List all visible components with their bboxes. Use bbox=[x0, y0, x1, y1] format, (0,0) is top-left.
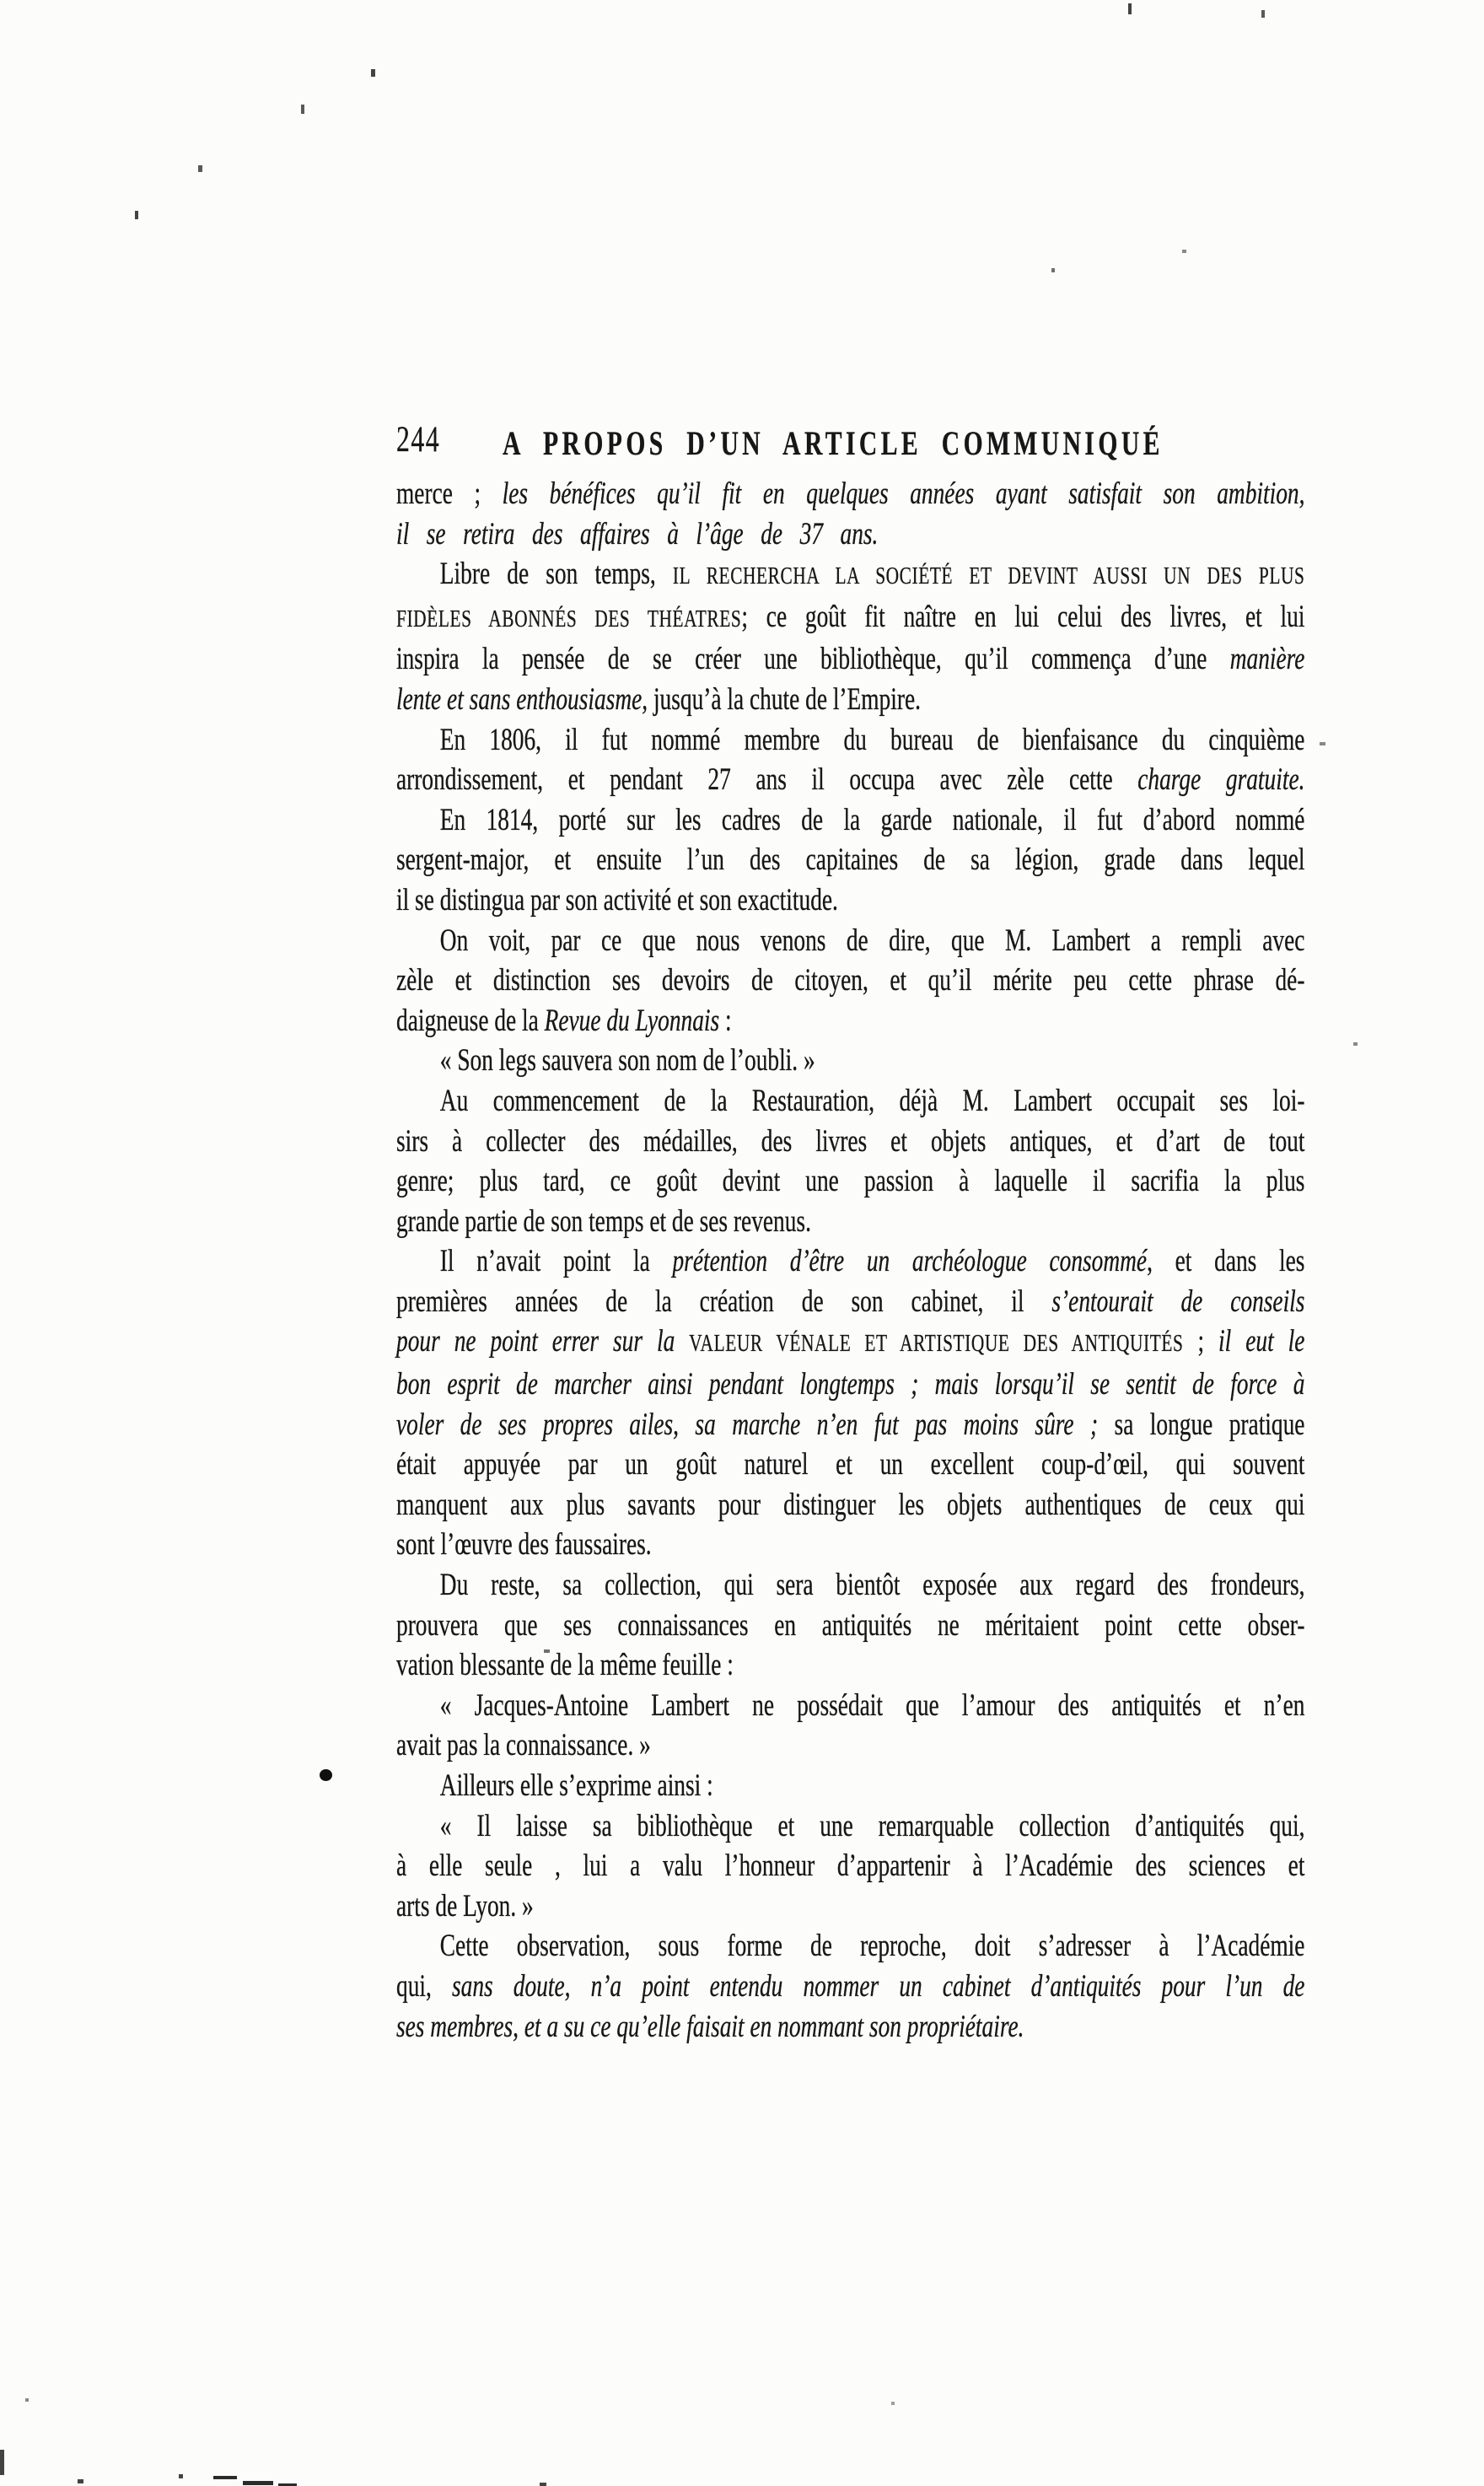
scan-speck bbox=[1128, 3, 1132, 14]
text-line: était appuyée par un goût naturel et un … bbox=[396, 1445, 1304, 1485]
text-line: manquent aux plus savants pour distingue… bbox=[396, 1485, 1304, 1525]
text-run: était appuyée par un goût naturel et un … bbox=[396, 1447, 1304, 1482]
text-run: inspira la pensée de se créer une biblio… bbox=[396, 642, 1230, 676]
text-run: sergent-major, et ensuite l’un des capit… bbox=[396, 842, 1304, 877]
scan-speck bbox=[540, 2483, 546, 2486]
text-line: On voit, par ce que nous venons de dire,… bbox=[396, 921, 1304, 961]
scan-speck bbox=[243, 2481, 273, 2485]
scanned-book-page: 244 A PROPOS D’UN ARTICLE COMMUNIQUÉ mer… bbox=[0, 0, 1484, 2486]
scan-speck bbox=[213, 2476, 237, 2479]
italic-run: Revue du Lyonnais bbox=[545, 1004, 720, 1038]
text-run: vation blessante de la même feuille : bbox=[396, 1648, 734, 1682]
text-line: premières années de la création de son c… bbox=[396, 1282, 1304, 1322]
body-text: merce ; les bénéfices qu’il fit en quelq… bbox=[396, 474, 1304, 2047]
italic-run: voler de ses propres ailes, sa marche n’… bbox=[396, 1407, 1098, 1442]
italic-run: il eut le bbox=[1218, 1324, 1304, 1359]
text-run: il se distingua par son activité et son … bbox=[396, 883, 838, 917]
text-line: il se retira des affaires à l’âge de 37 … bbox=[396, 514, 1304, 555]
text-run: sirs à collecter des médailles, des livr… bbox=[396, 1124, 1304, 1159]
scan-speck bbox=[1051, 268, 1055, 272]
scan-speck bbox=[135, 211, 138, 219]
page-number: 244 bbox=[396, 420, 440, 460]
text-run: genre; plus tard, ce goût devint une pas… bbox=[396, 1164, 1304, 1198]
text-line: à elle seule , lui a valu l’honneur d’ap… bbox=[396, 1846, 1304, 1886]
text-run: Il n’avait point la bbox=[440, 1244, 673, 1278]
text-line: il se distingua par son activité et son … bbox=[396, 880, 1304, 921]
smallcaps-run: VALEUR VÉNALE ET ARTISTIQUE DES ANTIQUIT… bbox=[689, 1330, 1183, 1357]
text-line: arrondissement, et pendant 27 ans il occ… bbox=[396, 760, 1304, 800]
italic-run: charge gratuite. bbox=[1137, 762, 1304, 797]
text-line: « Jacques-Antoine Lambert ne possédait q… bbox=[396, 1686, 1304, 1726]
italic-run: prétention d’être un archéologue consomm… bbox=[672, 1244, 1147, 1278]
smallcaps-run: FIDÈLES ABONNÉS DES THÉATRES bbox=[396, 605, 741, 632]
text-line: pour ne point errer sur la VALEUR VÉNALE… bbox=[396, 1321, 1304, 1364]
text-line: ses membres, et a su ce qu’elle faisait … bbox=[396, 2007, 1304, 2047]
running-title: A PROPOS D’UN ARTICLE COMMUNIQUÉ bbox=[503, 423, 1164, 464]
text-run: « Jacques-Antoine Lambert ne possédait q… bbox=[440, 1688, 1305, 1723]
text-line: Libre de son temps, IL RECHERCHA LA SOCI… bbox=[396, 554, 1304, 597]
text-run: , et dans les bbox=[1147, 1244, 1304, 1278]
text-run: ; bbox=[1183, 1324, 1218, 1359]
italic-run: manière bbox=[1230, 642, 1305, 676]
italic-run: sans doute, n’a point entendu nommer un … bbox=[452, 1969, 1304, 2004]
text-run: zèle et distinction ses devoirs de citoy… bbox=[396, 963, 1304, 998]
text-run: à elle seule , lui a valu l’honneur d’ap… bbox=[396, 1848, 1304, 1883]
text-run: Ailleurs elle s’exprime ainsi : bbox=[440, 1768, 713, 1803]
text-run: arts de Lyon. » bbox=[396, 1889, 534, 1924]
text-run: grande partie de son temps et de ses rev… bbox=[396, 1204, 811, 1239]
text-line: grande partie de son temps et de ses rev… bbox=[396, 1202, 1304, 1242]
text-run: arrondissement, et pendant 27 ans il occ… bbox=[396, 762, 1137, 797]
text-run: merce ; bbox=[396, 476, 503, 511]
text-run: En 1814, porté sur les cadres de la gard… bbox=[440, 803, 1305, 837]
scan-speck bbox=[25, 2398, 29, 2402]
italic-run: il se retira des affaires à l’âge de 37 … bbox=[396, 517, 878, 552]
text-line: sergent-major, et ensuite l’un des capit… bbox=[396, 840, 1304, 880]
text-line: FIDÈLES ABONNÉS DES THÉATRES; ce goût fi… bbox=[396, 597, 1304, 640]
text-run: ; ce goût fit naître en lui celui des li… bbox=[741, 600, 1304, 634]
text-run: premières années de la création de son c… bbox=[396, 1284, 1051, 1319]
text-line: « Son legs sauvera son nom de l’oubli. » bbox=[396, 1041, 1304, 1081]
text-run: Cette observation, sous forme de reproch… bbox=[440, 1929, 1305, 1963]
text-line: merce ; les bénéfices qu’il fit en quelq… bbox=[396, 474, 1304, 514]
text-column: 244 A PROPOS D’UN ARTICLE COMMUNIQUÉ mer… bbox=[396, 420, 1304, 2047]
text-line: Du reste, sa collection, qui sera bientô… bbox=[396, 1565, 1304, 1606]
ink-dot-artifact bbox=[320, 1769, 332, 1781]
text-line: bon esprit de marcher ainsi pendant long… bbox=[396, 1364, 1304, 1405]
text-line: prouvera que ses connaissances en antiqu… bbox=[396, 1606, 1304, 1646]
italic-run: pour ne point errer sur la bbox=[396, 1324, 689, 1359]
text-run: avait pas la connaissance. » bbox=[396, 1728, 651, 1762]
text-run: sont l’œuvre des faussaires. bbox=[396, 1527, 652, 1562]
text-line: Au commencement de la Restauration, déjà… bbox=[396, 1081, 1304, 1122]
scan-speck bbox=[1182, 250, 1186, 253]
text-run: qui, bbox=[396, 1969, 452, 2004]
scan-speck bbox=[301, 105, 304, 114]
text-line: Ailleurs elle s’exprime ainsi : bbox=[396, 1766, 1304, 1806]
text-line: voler de ses propres ailes, sa marche n’… bbox=[396, 1405, 1304, 1445]
text-line: arts de Lyon. » bbox=[396, 1886, 1304, 1927]
text-line: sirs à collecter des médailles, des livr… bbox=[396, 1122, 1304, 1162]
scan-speck bbox=[78, 2479, 83, 2483]
text-run: manquent aux plus savants pour distingue… bbox=[396, 1488, 1304, 1522]
text-line: lente et sans enthousiasme, jusqu’à la c… bbox=[396, 680, 1304, 720]
text-line: inspira la pensée de se créer une biblio… bbox=[396, 639, 1304, 680]
text-line: vation blessante de la même feuille : bbox=[396, 1645, 1304, 1686]
text-run: jusqu’à la chute de l’Empire. bbox=[648, 682, 921, 717]
italic-run: les bénéfices qu’il fit en quelques anné… bbox=[503, 476, 1305, 511]
text-line: daigneuse de la Revue du Lyonnais : bbox=[396, 1001, 1304, 1041]
text-run: Libre de son temps, bbox=[440, 557, 673, 591]
text-run: « Il laisse sa bibliothèque et une remar… bbox=[440, 1809, 1305, 1843]
text-run: : bbox=[719, 1004, 731, 1038]
text-line: qui, sans doute, n’a point entendu nomme… bbox=[396, 1967, 1304, 2007]
scan-speck bbox=[891, 2402, 895, 2405]
scan-speck bbox=[371, 69, 375, 77]
italic-run: s’entourait de conseils bbox=[1051, 1284, 1304, 1319]
text-run: « Son legs sauvera son nom de l’oubli. » bbox=[440, 1043, 815, 1078]
italic-run: ses membres, et a su ce qu’elle faisait … bbox=[396, 2010, 1024, 2044]
scan-speck bbox=[1320, 742, 1325, 745]
text-line: Cette observation, sous forme de reproch… bbox=[396, 1926, 1304, 1967]
scan-speck bbox=[179, 2474, 183, 2478]
text-line: « Il laisse sa bibliothèque et une remar… bbox=[396, 1806, 1304, 1847]
scan-speck bbox=[0, 2450, 4, 2475]
text-line: Il n’avait point la prétention d’être un… bbox=[396, 1241, 1304, 1282]
text-line: En 1806, il fut nommé membre du bureau d… bbox=[396, 720, 1304, 761]
scan-speck bbox=[198, 165, 202, 172]
text-run: prouvera que ses connaissances en antiqu… bbox=[396, 1608, 1304, 1643]
text-run: Au commencement de la Restauration, déjà… bbox=[440, 1084, 1305, 1118]
scan-speck bbox=[1353, 1042, 1358, 1046]
text-run: Du reste, sa collection, qui sera bientô… bbox=[440, 1568, 1305, 1602]
text-line: genre; plus tard, ce goût devint une pas… bbox=[396, 1161, 1304, 1202]
italic-run: bon esprit de marcher ainsi pendant long… bbox=[396, 1367, 1304, 1402]
text-line: En 1814, porté sur les cadres de la gard… bbox=[396, 800, 1304, 841]
scan-speck bbox=[1261, 10, 1265, 18]
text-line: avait pas la connaissance. » bbox=[396, 1725, 1304, 1766]
text-line: sont l’œuvre des faussaires. bbox=[396, 1525, 1304, 1565]
text-line: zèle et distinction ses devoirs de citoy… bbox=[396, 960, 1304, 1001]
page-header: 244 A PROPOS D’UN ARTICLE COMMUNIQUÉ bbox=[396, 420, 1304, 462]
smallcaps-run: IL RECHERCHA LA SOCIÉTÉ ET DEVINT AUSSI … bbox=[673, 562, 1305, 589]
italic-run: lente et sans enthousiasme, bbox=[396, 682, 648, 717]
text-run: sa longue pratique bbox=[1098, 1407, 1304, 1442]
text-run: En 1806, il fut nommé membre du bureau d… bbox=[440, 723, 1305, 757]
text-run: daigneuse de la bbox=[396, 1004, 545, 1038]
text-run: On voit, par ce que nous venons de dire,… bbox=[440, 923, 1305, 958]
